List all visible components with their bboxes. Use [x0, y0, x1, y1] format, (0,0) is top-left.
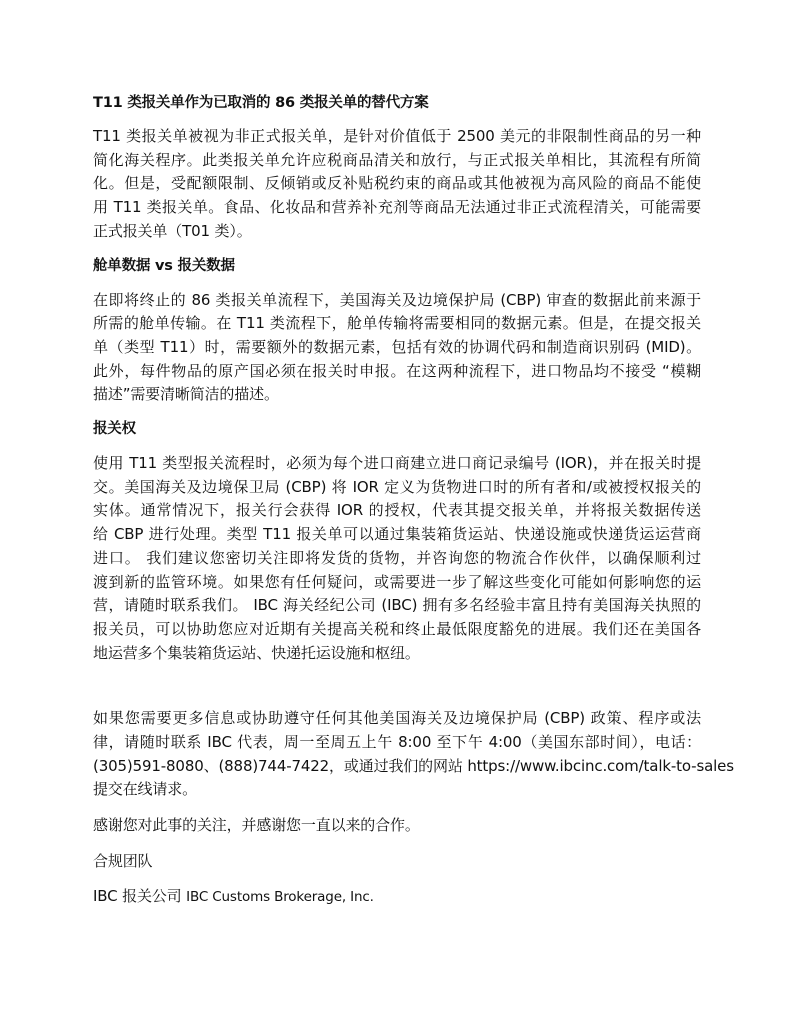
text-line: 此外，每件物品的原产国必须在报关时申报。在这两种流程下，进口物品均不接受 “模糊: [93, 360, 701, 384]
text-line: 实体。通常情况下，报关行会获得 IOR 的授权，代表其提交报关单，并将报关数据传…: [93, 499, 701, 523]
text-line: 化。但是，受配额限制、反倾销或反补贴税约束的商品或其他被视为高风险的商品不能使: [93, 172, 701, 196]
text-line: 使用 T11 类型报关流程时，必须为每个进口商建立进口商记录编号 (IOR)，并…: [93, 452, 701, 476]
paragraph-entry-rights: 使用 T11 类型报关流程时，必须为每个进口商建立进口商记录编号 (IOR)，并…: [93, 452, 701, 665]
text-line: 提交在线请求。: [93, 778, 701, 802]
section-heading-entry-rights: 报关权: [93, 418, 701, 440]
document-page: T11 类报关单作为已取消的 86 类报关单的替代方案 T11 类报关单被视为非…: [93, 92, 701, 909]
text-line-with-website-link[interactable]: (305)591-8080、(888)744-7422，或通过我们的网站 htt…: [93, 755, 701, 779]
text-line: 所需的舱单传输。在 T11 类流程下，舱单传输将需要相同的数据元素。但是，在提交…: [93, 312, 701, 336]
text-line: 感谢您对此事的关注，并感谢您一直以来的合作。: [93, 814, 701, 838]
text-line: 在即将终止的 86 类报关单流程下，美国海关及边境保护局 (CBP) 审查的数据…: [93, 289, 701, 313]
section-heading-manifest-vs-entry: 舱单数据 vs 报关数据: [93, 255, 701, 277]
section-heading-t11-alternative: T11 类报关单作为已取消的 86 类报关单的替代方案: [93, 92, 701, 114]
paragraph-t11-description: T11 类报关单被视为非正式报关单，是针对价值低于 2500 美元的非限制性商品…: [93, 125, 701, 244]
text-line: 给 CBP 进行处理。类型 T11 报关单可以通过集装箱货运站、快递设施或快递货…: [93, 523, 701, 547]
text-line: 地运营多个集装箱货运站、快递托运设施和枢纽。: [93, 642, 701, 666]
text-line: 正式报关单（T01 类）。: [93, 220, 701, 244]
text-line: 营，请随时联系我们。 IBC 海关经纪公司 (IBC) 拥有多名经验丰富且持有美…: [93, 594, 701, 618]
text-line: 用 T11 类报关单。食品、化妆品和营养补充剂等商品无法通过非正式流程清关，可能…: [93, 196, 701, 220]
text-line: 报关员，可以协助您应对近期有关提高关税和终止最低限度豁免的进展。我们还在美国各: [93, 618, 701, 642]
text-line: 交。美国海关及边境保卫局 (CBP) 将 IOR 定义为货物进口时的所有者和/或…: [93, 476, 701, 500]
signature-company: IBC 报关公司 IBC Customs Brokerage, Inc.: [93, 885, 701, 910]
company-name-cn: IBC 报关公司: [93, 887, 182, 905]
text-line: 合规团队: [93, 850, 701, 874]
text-line: 如果您需要更多信息或协助遵守任何其他美国海关及边境保护局 (CBP) 政策、程序…: [93, 707, 701, 731]
paragraph-manifest-data: 在即将终止的 86 类报关单流程下，美国海关及边境保护局 (CBP) 审查的数据…: [93, 289, 701, 408]
paragraph-contact-info: 如果您需要更多信息或协助遵守任何其他美国海关及边境保护局 (CBP) 政策、程序…: [93, 707, 701, 802]
text-line: 律，请随时联系 IBC 代表，周一至周五上午 8:00 至下午 4:00（美国东…: [93, 731, 701, 755]
text-line: 简化海关程序。此类报关单允许应税商品清关和放行，与正式报关单相比，其流程有所简: [93, 149, 701, 173]
text-line: 单（类型 T11）时，需要额外的数据元素，包括有效的协调代码和制造商识别码 (M…: [93, 336, 701, 360]
company-name-en: IBC Customs Brokerage, Inc.: [186, 889, 374, 905]
text-line: T11 类报关单被视为非正式报关单，是针对价值低于 2500 美元的非限制性商品…: [93, 125, 701, 149]
closing-thanks: 感谢您对此事的关注，并感谢您一直以来的合作。: [93, 814, 701, 838]
text-line: 进口。 我们建议您密切关注即将发货的货物，并咨询您的物流合作伙伴，以确保顺利过: [93, 547, 701, 571]
text-line: 渡到新的监管环境。如果您有任何疑问，或需要进一步了解这些变化可能如何影响您的运: [93, 571, 701, 595]
signature-team: 合规团队: [93, 850, 701, 874]
text-line: 描述”需要清晰简洁的描述。: [93, 383, 701, 407]
